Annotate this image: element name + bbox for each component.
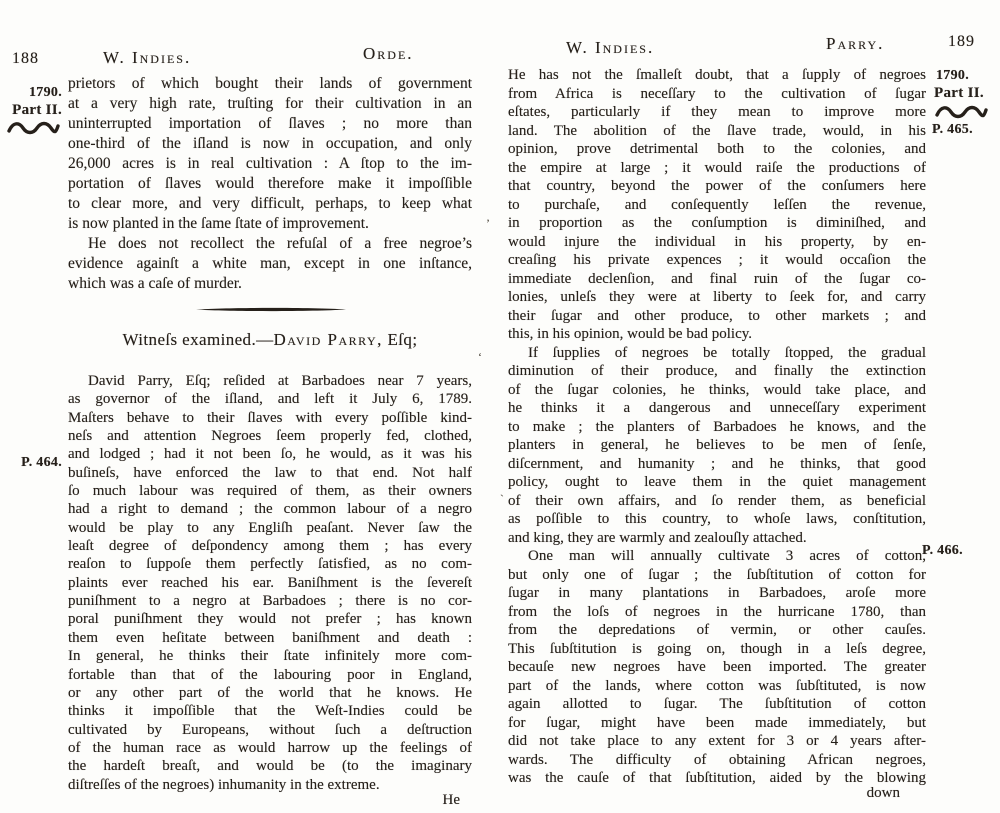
- paragraph: He does not recollect the refuſal of a f…: [68, 234, 472, 294]
- text-line: for ſugar, might have been made immediat…: [508, 714, 926, 733]
- text-column: David Parry, Eſq; reſided at Barbadoes n…: [68, 372, 472, 794]
- ink-speck: ‘: [478, 350, 482, 365]
- text-column: He has not the ſmalleſt doubt, that a ſu…: [508, 66, 926, 788]
- text-line: becauſe new negroes have been imported. …: [508, 658, 926, 677]
- ink-speck: ˏ: [500, 483, 504, 498]
- running-head-witness: Parry.: [826, 34, 884, 54]
- text-line: as poſſible to this country, to whoſe la…: [508, 510, 926, 529]
- text-line: would injure the individual in his prope…: [508, 233, 926, 252]
- witness-name: David Parry,: [274, 330, 383, 349]
- text-column: prietors of which bought their lands of …: [68, 74, 472, 294]
- text-line: opinion, prove detrimental both to the c…: [508, 140, 926, 159]
- text-line: and lodged ; had it not been ſo, he woul…: [68, 445, 472, 463]
- section-divider-rule: [196, 306, 346, 313]
- catchword: He: [68, 792, 472, 809]
- page-number: 188: [12, 50, 39, 68]
- text-line: this, in his opinion, would be bad polic…: [508, 325, 926, 344]
- text-line: plaints ever reached his ear. Baniſhment…: [68, 574, 472, 592]
- text-line: at a very high rate, truſting for their …: [68, 94, 472, 114]
- page-number: 189: [948, 33, 975, 51]
- text-line: of the ſugar colonies, he thinks, would …: [508, 381, 926, 400]
- text-line: again allotted to ſugar. The ſubſtitutio…: [508, 695, 926, 714]
- text-line: One man will annually cultivate 3 acres …: [508, 547, 926, 566]
- flourish-icon: [6, 120, 60, 137]
- text-line: diſcernment, and humanity ; and he think…: [508, 455, 926, 474]
- text-line: part of the lands, where cotton was ſubſ…: [508, 677, 926, 696]
- text-line: reaſon to ſuppoſe them perfectly ſatisfi…: [68, 555, 472, 573]
- text-line: had a right to demand ; the common labou…: [68, 500, 472, 518]
- text-line: to make ; the planters of Barbadoes he k…: [508, 418, 926, 437]
- text-line: which was a caſe of murder.: [68, 274, 472, 294]
- text-line: eſtates, particularly if they mean to im…: [508, 103, 926, 122]
- witness-heading-prefix: Witneſs examined.—: [123, 330, 274, 349]
- text-line: is now planted in the ſame ſtate of impr…: [68, 214, 472, 234]
- text-line: did not take place to any extent for 3 o…: [508, 732, 926, 751]
- text-line: ſo much labour was required of them, as …: [68, 482, 472, 500]
- text-line: and king, they are warmly and zealouſly …: [508, 529, 926, 548]
- paragraph: prietors of which bought their lands of …: [68, 74, 472, 234]
- running-title: W. Indies.: [103, 48, 191, 68]
- text-line: lonies, unleſs they were at liberty to ſ…: [508, 288, 926, 307]
- margin-note-year: 1790.: [936, 68, 996, 84]
- witness-heading-suffix: Eſq;: [383, 330, 418, 349]
- text-line: their ſugar and other produce, to other …: [508, 307, 926, 326]
- margin-note-year: 1790.: [4, 85, 62, 101]
- text-line: poral puniſhment they would not prefer ;…: [68, 610, 472, 628]
- margin-note-page-ref: P. 464.: [2, 455, 62, 471]
- text-line: but only one of ſugar ; the ſubſtitution…: [508, 566, 926, 585]
- text-line: 26,000 acres is in real cultivation : A …: [68, 154, 472, 174]
- text-line: ſugar in many plantations in Barbadoes, …: [508, 584, 926, 603]
- flourish-icon: [934, 104, 988, 121]
- text-line: that country, beyond the power of the co…: [508, 177, 926, 196]
- paragraph: If ſupplies of negroes be totally ſtoppe…: [508, 344, 926, 548]
- text-line: as governor of the iſland, and left it J…: [68, 390, 472, 408]
- text-line: from the loſs of negroes in the hurrican…: [508, 603, 926, 622]
- text-line: one-third of the iſland is now in occupa…: [68, 134, 472, 154]
- text-line: them even heſitate between baniſhment an…: [68, 629, 472, 647]
- text-line: He has not the ſmalleſt doubt, that a ſu…: [508, 66, 926, 85]
- text-line: He does not recollect the refuſal of a f…: [68, 234, 472, 254]
- text-line: creaſing his private expences ; it would…: [508, 251, 926, 270]
- text-line: buſineſs, have enforced the law to that …: [68, 464, 472, 482]
- text-line: Maſters behave to their ſlaves with ever…: [68, 409, 472, 427]
- text-line: David Parry, Eſq; reſided at Barbadoes n…: [68, 372, 472, 390]
- text-line: cultivated by Europeans, without ſuch a …: [68, 721, 472, 739]
- catchword: down: [508, 785, 926, 802]
- ink-speck: ’: [486, 216, 490, 231]
- text-line: wards. The difficulty of obtaining Afric…: [508, 751, 926, 770]
- text-line: to purchaſe, and conſequently leſſen the…: [508, 196, 926, 215]
- text-line: In general, he thinks their ſtate infini…: [68, 647, 472, 665]
- paragraph: He has not the ſmalleſt doubt, that a ſu…: [508, 66, 926, 344]
- witness-heading: Witneſs examined.—David Parry, Eſq;: [68, 330, 472, 350]
- text-line: If ſupplies of negroes be totally ſtoppe…: [508, 344, 926, 363]
- text-line: thinks it impoſſible that the Weſt-Indie…: [68, 702, 472, 720]
- text-line: planters in general, he believes to be m…: [508, 436, 926, 455]
- paragraph: David Parry, Eſq; reſided at Barbadoes n…: [68, 372, 472, 794]
- text-line: or any other part of the world that he k…: [68, 684, 472, 702]
- margin-note-page-ref: P. 465.: [932, 122, 996, 138]
- text-line: diminution of their produce, and finally…: [508, 362, 926, 381]
- text-line: of their own affairs, and ſo render them…: [508, 492, 926, 511]
- text-line: fortable than that of the labouring poor…: [68, 666, 472, 684]
- text-line: policy, ought to leave them in the quiet…: [508, 473, 926, 492]
- running-head-witness: Orde.: [363, 44, 414, 64]
- text-line: prietors of which bought their lands of …: [68, 74, 472, 94]
- text-line: the hardeſt breaſt, and would be (to the…: [68, 757, 472, 775]
- text-line: from the depredations of vermin, or othe…: [508, 621, 926, 640]
- text-line: neſs and attention Negroes ſeem properly…: [68, 427, 472, 445]
- text-line: evidence againſt a white man, except in …: [68, 254, 472, 274]
- text-line: land. The abolition of the ſlave trade, …: [508, 122, 926, 141]
- text-line: in proportion as the conſumption is dimi…: [508, 214, 926, 233]
- text-line: uninterrupted importation of ſlaves ; no…: [68, 114, 472, 134]
- running-title: W. Indies.: [566, 38, 654, 58]
- text-line: immediate declenſion, and final ruin of …: [508, 270, 926, 289]
- text-line: of the human race as would harrow up the…: [68, 739, 472, 757]
- text-line: the empire at large ; it would raiſe the…: [508, 159, 926, 178]
- paragraph: One man will annually cultivate 3 acres …: [508, 547, 926, 788]
- text-line: would be play to any Engliſh peaſant. Ne…: [68, 519, 472, 537]
- text-line: portation of ſlaves would therefore make…: [68, 174, 472, 194]
- text-line: he thinks it a dangerous and unneceſſary…: [508, 399, 926, 418]
- text-line: puniſhment to a negro at Barbadoes ; the…: [68, 592, 472, 610]
- margin-note-part: Part II.: [4, 102, 62, 119]
- text-line: from Africa is neceſſary to the cultivat…: [508, 85, 926, 104]
- text-line: This ſubſtitution is going on, though in…: [508, 640, 926, 659]
- margin-note-part: Part II.: [934, 85, 996, 102]
- margin-note-page-ref: P. 466.: [922, 543, 994, 559]
- text-line: leaſt degree of deſpondency among them ;…: [68, 537, 472, 555]
- text-line: to clear more, and very difficult, perha…: [68, 194, 472, 214]
